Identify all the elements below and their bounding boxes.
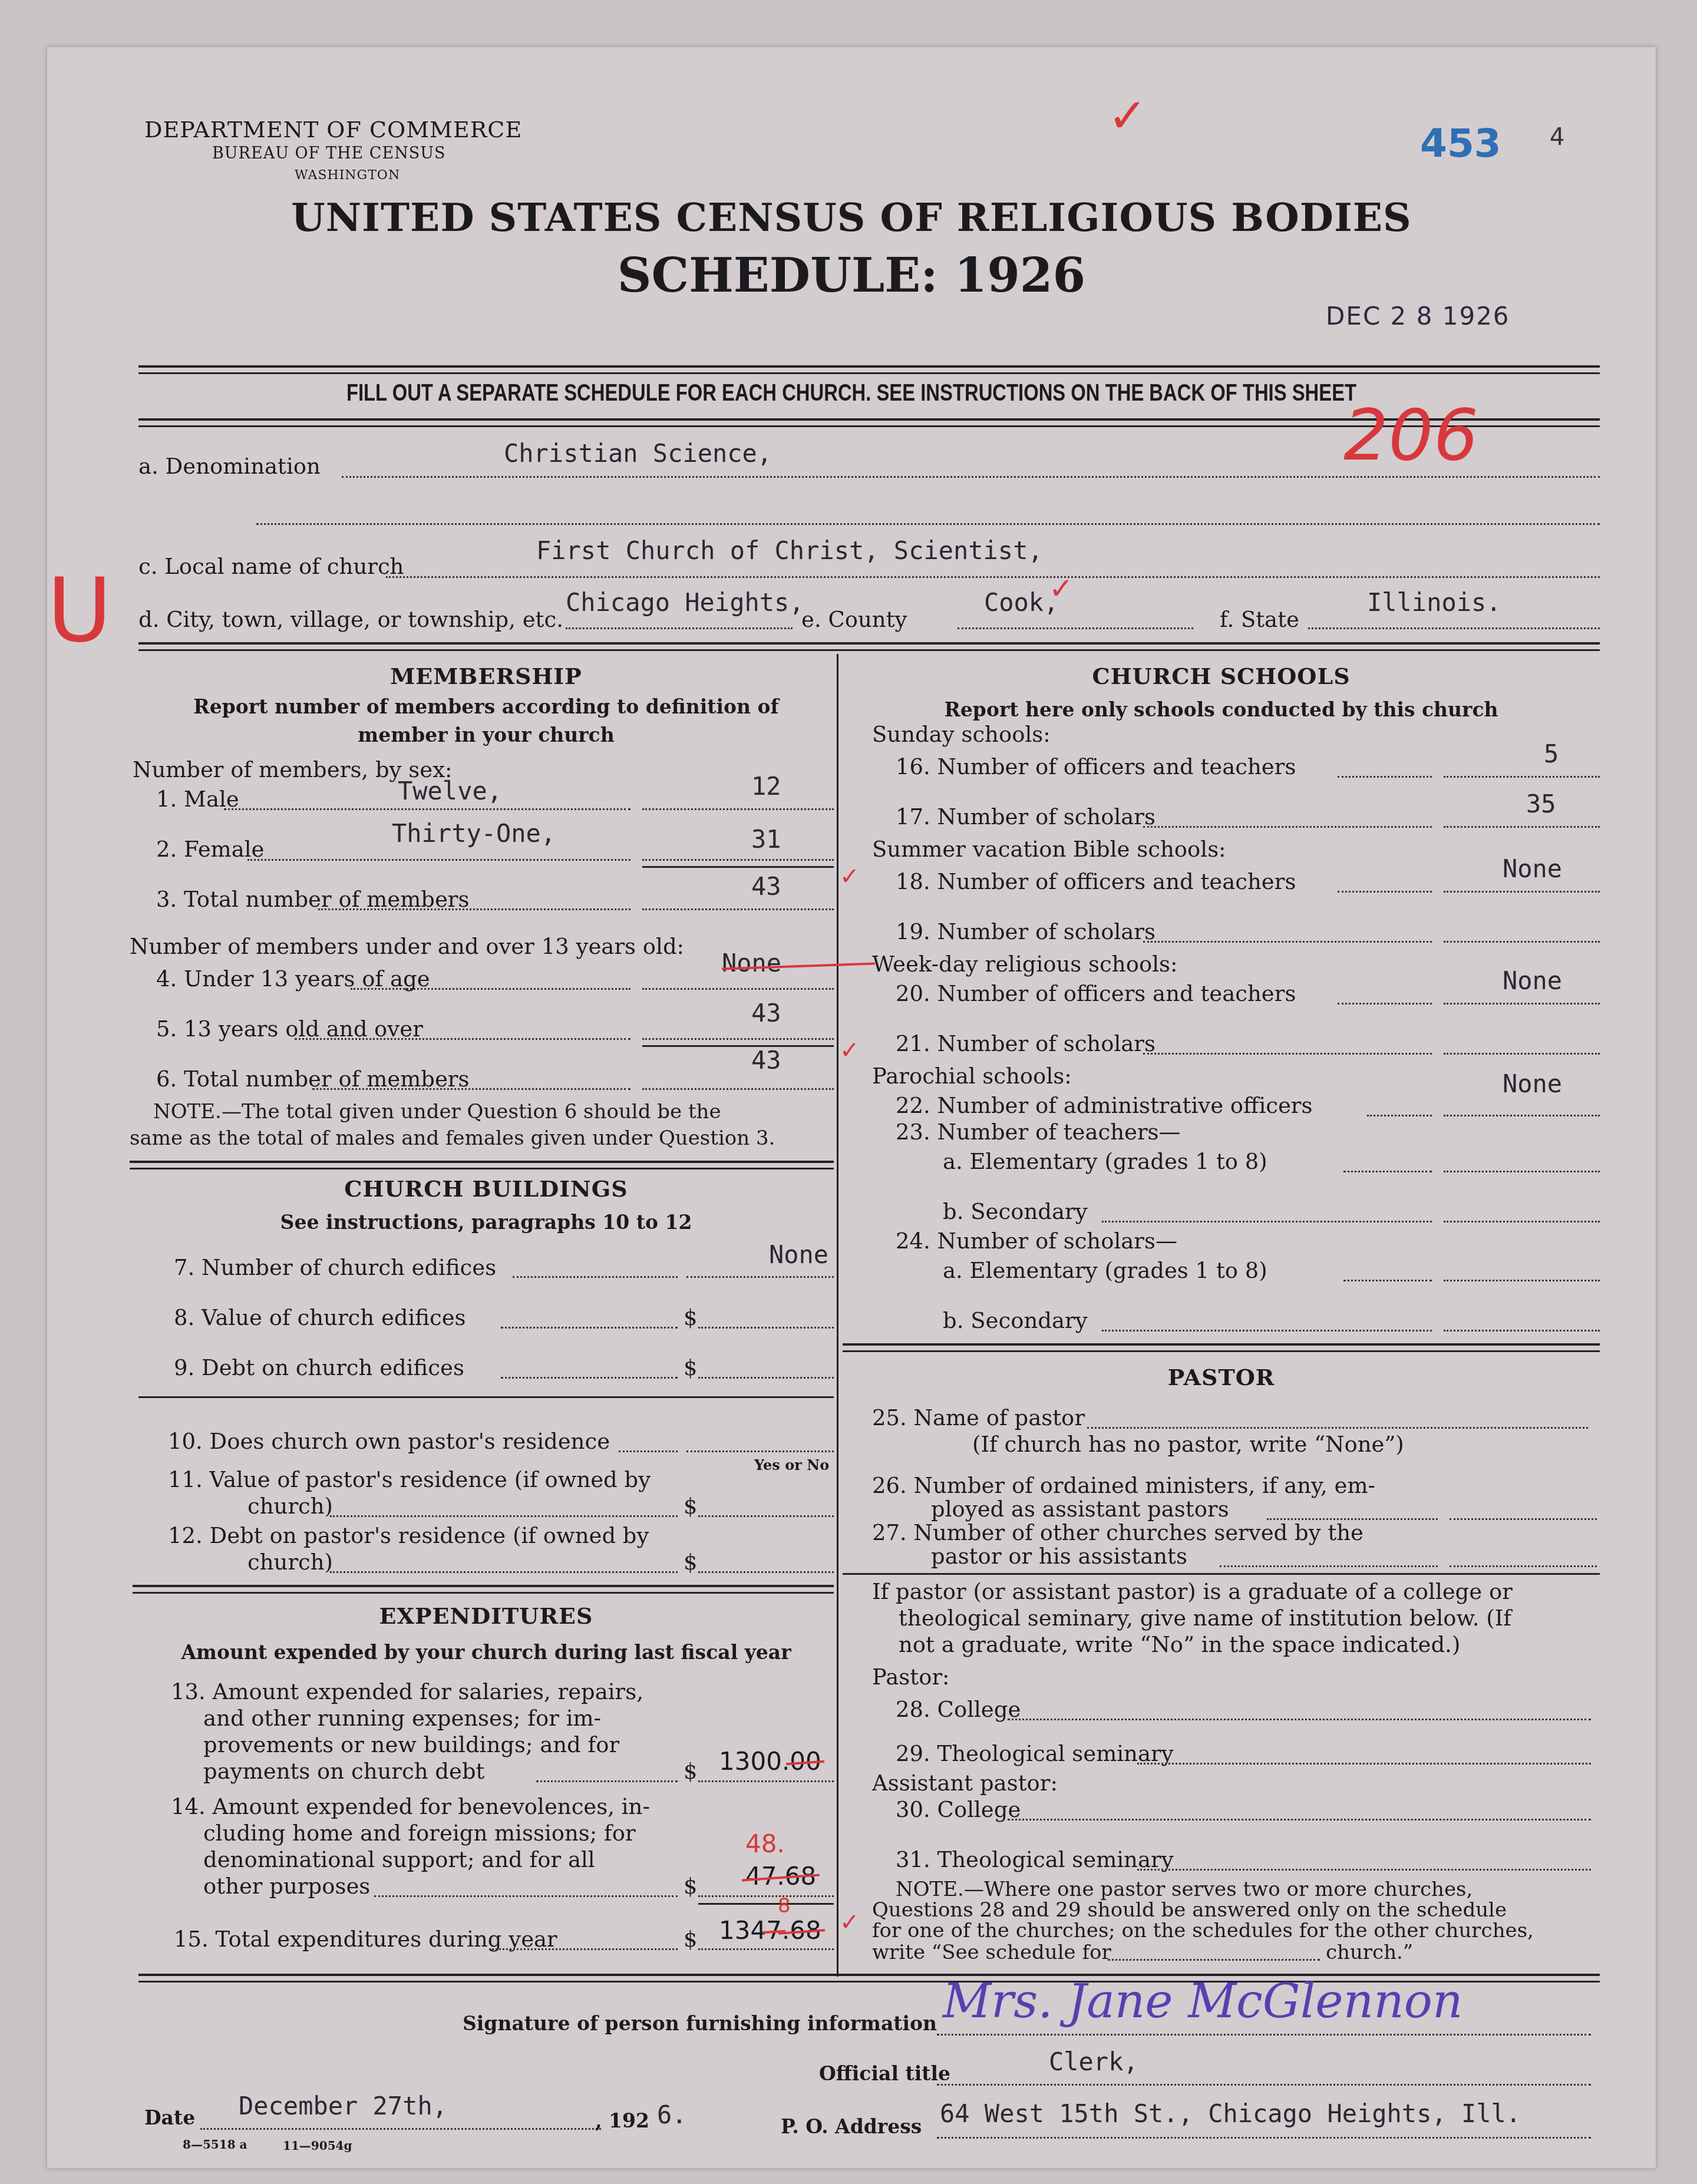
- q13-value-line: [698, 1780, 834, 1782]
- q12-label: 12. Debt on pastor's residence (if owned…: [168, 1523, 649, 1548]
- q12-line: [330, 1571, 678, 1573]
- q15-struck-cents: .68: [782, 1916, 821, 1945]
- q15-line: [489, 1948, 678, 1950]
- denomination-line-2: [256, 523, 1600, 525]
- pastor-subheading: Pastor:: [872, 1664, 950, 1690]
- sunday-schools-label: Sunday schools:: [872, 722, 1051, 747]
- q17-value-field[interactable]: 35: [1526, 789, 1556, 818]
- q20-line: [1338, 1003, 1432, 1005]
- instructions-banner: FILL OUT A SEPARATE SCHEDULE FOR EACH CH…: [192, 380, 1511, 407]
- q23-label: 23. Number of teachers—: [896, 1119, 1181, 1145]
- county-field[interactable]: Cook,: [984, 588, 1058, 617]
- q23b-line: [1102, 1221, 1432, 1222]
- q5-line: [295, 1038, 630, 1040]
- currency-sign: $: [684, 1549, 698, 1575]
- q7-line: [513, 1276, 678, 1278]
- q11-label-2: church): [247, 1494, 333, 1519]
- q18-label: 18. Number of officers and teachers: [896, 869, 1296, 894]
- q14-label-3: denominational support; and for all: [203, 1847, 595, 1872]
- q5-value-field[interactable]: 43: [751, 999, 781, 1027]
- pastor-heading: PASTOR: [843, 1364, 1600, 1390]
- q24a-label: a. Elementary (grades 1 to 8): [943, 1258, 1267, 1283]
- q16-label: 16. Number of officers and teachers: [896, 754, 1296, 779]
- q6-line: [312, 1088, 630, 1090]
- membership-instruction: Report number of members according to de…: [138, 695, 834, 718]
- q27-label-2: pastor or his assistants: [931, 1544, 1187, 1569]
- address-field[interactable]: 64 West 15th St., Chicago Heights, Ill.: [940, 2099, 1521, 2128]
- divider: [138, 365, 1600, 374]
- schools-heading: CHURCH SCHOOLS: [843, 663, 1600, 689]
- address-line: [937, 2137, 1591, 2139]
- q28-label: 28. College: [896, 1697, 1021, 1722]
- q5-value-line: [642, 1038, 834, 1040]
- yes-no-hint: Yes or No: [754, 1456, 829, 1473]
- currency-sign: $: [684, 1927, 698, 1952]
- sum-line: [642, 866, 834, 868]
- form-code: 8—5518 a: [183, 2137, 247, 2152]
- q3-line: [318, 908, 630, 910]
- buildings-heading: CHURCH BUILDINGS: [138, 1175, 834, 1202]
- q2-value-field[interactable]: 31: [751, 825, 781, 854]
- red-margin-letter: U: [47, 560, 112, 662]
- q31-value-field[interactable]: [1137, 1869, 1591, 1871]
- q15-digits: 134: [719, 1916, 766, 1945]
- q6-value-field[interactable]: 43: [751, 1046, 781, 1075]
- q23b-value-field[interactable]: [1444, 1221, 1600, 1222]
- q23b-label: b. Secondary: [943, 1199, 1088, 1224]
- divider: [138, 1396, 834, 1398]
- q16-value-line: [1444, 776, 1600, 778]
- currency-sign: $: [684, 1494, 698, 1519]
- q4-value-field[interactable]: None: [722, 949, 781, 977]
- schedule-year: SCHEDULE: 1926: [47, 247, 1656, 303]
- q15-correction-digit: 8: [778, 1894, 791, 1918]
- official-title-field[interactable]: Clerk,: [1049, 2047, 1138, 2076]
- q2-value-line: [642, 859, 834, 861]
- q21-label: 21. Number of scholars: [896, 1031, 1155, 1056]
- q8-label: 8. Value of church edifices: [174, 1305, 466, 1330]
- pastor-note-4-end: church.”: [1326, 1940, 1413, 1965]
- membership-note-2: same as the total of males and females g…: [130, 1125, 775, 1151]
- local-name-line: [386, 576, 1600, 578]
- year-field[interactable]: 6.: [657, 2100, 687, 2129]
- expenditures-instruction: Amount expended by your church during la…: [138, 1641, 834, 1664]
- q19-value-field[interactable]: [1444, 941, 1600, 943]
- q1-value-field[interactable]: 12: [751, 772, 781, 801]
- sum-line: [642, 1045, 834, 1047]
- sum-line: [698, 1903, 834, 1905]
- q24b-value-field[interactable]: [1444, 1330, 1600, 1331]
- received-date-stamp: DEC 2 8 1926: [1326, 302, 1510, 331]
- q7-value-line: [686, 1276, 834, 1278]
- q17-label: 17. Number of scholars: [896, 804, 1155, 830]
- q7-value-field[interactable]: None: [769, 1240, 828, 1269]
- red-file-number: 206: [1343, 395, 1478, 477]
- address-label: P. O. Address: [781, 2115, 922, 2138]
- q20-value-line: [1444, 1003, 1600, 1005]
- stamp-number: 453: [1420, 121, 1501, 166]
- q13-label-4: payments on church debt: [203, 1759, 484, 1784]
- q9-line: [501, 1377, 678, 1379]
- q8-line: [501, 1327, 678, 1329]
- q17-line: [1143, 826, 1432, 828]
- city-field[interactable]: Chicago Heights,: [566, 588, 804, 617]
- q22-label: 22. Number of administrative officers: [896, 1093, 1313, 1118]
- state-line: [1308, 627, 1600, 629]
- q13-struck-cents: 00: [790, 1747, 821, 1776]
- q13-label-3: provements or new buildings; and for: [203, 1732, 619, 1757]
- q13-label-2: and other running expenses; for im-: [203, 1706, 601, 1731]
- official-title-label: Official title: [819, 2062, 950, 2085]
- date-field[interactable]: December 27th,: [239, 2092, 447, 2120]
- q25-value-field[interactable]: [1087, 1427, 1588, 1429]
- q13-value-field[interactable]: 1300.00: [719, 1747, 821, 1776]
- official-title-line: [937, 2084, 1591, 2086]
- q12-value-field[interactable]: [698, 1571, 834, 1573]
- q2-label: 2. Female: [156, 837, 264, 862]
- q28-value-field[interactable]: [1008, 1719, 1591, 1720]
- q27-label: 27. Number of other churches served by t…: [872, 1520, 1363, 1545]
- divider: [138, 642, 1600, 651]
- q26-label-2: ployed as assistant pastors: [931, 1496, 1229, 1522]
- parochial-schools-label: Parochial schools:: [872, 1063, 1072, 1089]
- city-label: d. City, town, village, or township, etc…: [138, 607, 563, 632]
- q1-line: [224, 808, 630, 810]
- q20-label: 20. Number of officers and teachers: [896, 981, 1296, 1006]
- q13-dollars: 1300.: [719, 1747, 790, 1776]
- q27-line: [1220, 1565, 1438, 1567]
- q21-value-field[interactable]: [1444, 1053, 1600, 1055]
- q14-correction: 48.: [745, 1829, 785, 1858]
- column-divider: [837, 654, 838, 1977]
- q29-value-field[interactable]: [1137, 1763, 1591, 1765]
- q20-value-field[interactable]: None: [1503, 966, 1562, 995]
- q8-value-field[interactable]: [698, 1327, 834, 1329]
- signature-label: Signature of person furnishing informati…: [463, 2012, 937, 2035]
- q24a-value-field[interactable]: [1444, 1280, 1600, 1281]
- membership-note: NOTE.—The total given under Question 6 s…: [153, 1099, 721, 1125]
- q13-line: [536, 1780, 678, 1782]
- q1-words-field[interactable]: Twelve,: [398, 777, 502, 805]
- pastor-note-4: write “See schedule for: [872, 1940, 1111, 1965]
- age-label: Number of members under and over 13 year…: [130, 934, 684, 959]
- q11-label: 11. Value of pastor's residence (if owne…: [168, 1467, 651, 1492]
- q30-value-field[interactable]: [1008, 1819, 1591, 1820]
- q29-label: 29. Theological seminary: [896, 1741, 1174, 1766]
- q11-value-field[interactable]: [698, 1515, 834, 1517]
- signature-field[interactable]: Mrs. Jane McGlennon: [943, 1974, 1462, 2028]
- census-schedule-sheet: DEPARTMENT OF COMMERCE BUREAU OF THE CEN…: [47, 47, 1656, 2168]
- q23a-line: [1343, 1171, 1432, 1172]
- q15-struck-digit: 7: [766, 1916, 782, 1945]
- q14-label: 14. Amount expended for benevolences, in…: [171, 1794, 650, 1819]
- q24b-label: b. Secondary: [943, 1308, 1088, 1333]
- q15-value-field[interactable]: 1347.68: [719, 1916, 821, 1945]
- q19-line: [1143, 941, 1432, 943]
- q1-value-line: [642, 808, 834, 810]
- summer-schools-label: Summer vacation Bible schools:: [872, 837, 1226, 862]
- q7-label: 7. Number of church edifices: [174, 1255, 496, 1280]
- date-label: Date: [144, 2106, 195, 2129]
- county-label: e. County: [801, 607, 907, 632]
- q12-label-2: church): [247, 1549, 333, 1575]
- q14-label-2: cluding home and foreign missions; for: [203, 1820, 636, 1846]
- q22-value-line: [1444, 1115, 1600, 1116]
- bureau-city: WASHINGTON: [295, 168, 400, 183]
- see-schedule-field[interactable]: [1108, 1959, 1320, 1961]
- graduate-instruction-3: not a graduate, write “No” in the space …: [899, 1632, 1460, 1657]
- year-prefix: , 192: [595, 2109, 649, 2132]
- q26-value-field[interactable]: [1450, 1518, 1597, 1520]
- denomination-label: a. Denomination: [138, 454, 321, 479]
- q11-line: [330, 1515, 678, 1517]
- divider: [843, 1573, 1600, 1575]
- q2-line: [247, 859, 630, 861]
- q4-line: [351, 988, 630, 990]
- check-mark-icon: ✓: [840, 863, 860, 890]
- page-title: UNITED STATES CENSUS OF RELIGIOUS BODIES: [47, 194, 1656, 240]
- local-name-field[interactable]: First Church of Christ, Scientist,: [536, 536, 1043, 565]
- q19-label: 19. Number of scholars: [896, 919, 1155, 944]
- currency-sign: $: [684, 1305, 698, 1330]
- q10-line: [619, 1451, 678, 1452]
- q22-line: [1367, 1115, 1432, 1116]
- q13-label: 13. Amount expended for salaries, repair…: [171, 1679, 643, 1704]
- q16-line: [1338, 776, 1432, 778]
- q14-value-line: [698, 1895, 834, 1897]
- q23a-value-field[interactable]: [1444, 1171, 1600, 1172]
- currency-sign: $: [684, 1874, 698, 1899]
- signature-line: [937, 2034, 1591, 2036]
- q4-value-line: [642, 988, 834, 990]
- q25-hint: (If church has no pastor, write “None”): [972, 1432, 1404, 1457]
- q14-line: [374, 1895, 678, 1897]
- check-mark-icon: ✓: [1108, 88, 1147, 143]
- currency-sign: $: [684, 1759, 698, 1784]
- q25-label: 25. Name of pastor: [872, 1405, 1085, 1430]
- q24b-line: [1102, 1330, 1432, 1331]
- q10-label: 10. Does church own pastor's residence: [168, 1429, 610, 1454]
- q9-label: 9. Debt on church edifices: [174, 1355, 464, 1380]
- q3-value-field[interactable]: 43: [751, 872, 781, 901]
- q2-words-field[interactable]: Thirty-One,: [392, 819, 556, 848]
- divider: [130, 1161, 834, 1169]
- q24a-line: [1343, 1280, 1432, 1281]
- state-field[interactable]: Illinois.: [1367, 588, 1501, 617]
- q14-label-4: other purposes: [203, 1874, 370, 1899]
- q31-label: 31. Theological seminary: [896, 1847, 1174, 1872]
- q3-value-line: [642, 908, 834, 910]
- q6-value-line: [642, 1088, 834, 1090]
- graduate-instruction: If pastor (or assistant pastor) is a gra…: [872, 1579, 1513, 1604]
- q14-value-field[interactable]: 47.68: [745, 1862, 816, 1891]
- q24-label: 24. Number of scholars—: [896, 1228, 1177, 1254]
- county-line: [958, 627, 1193, 629]
- q18-value-field[interactable]: None: [1503, 854, 1562, 883]
- divider: [843, 1343, 1600, 1352]
- denomination-line: [342, 476, 1600, 478]
- check-mark-icon: ✓: [1049, 571, 1074, 606]
- q23a-label: a. Elementary (grades 1 to 8): [943, 1149, 1267, 1174]
- q16-value-field[interactable]: 5: [1544, 739, 1559, 768]
- q22-value-field[interactable]: None: [1503, 1069, 1562, 1098]
- schools-instruction: Report here only schools conducted by th…: [843, 698, 1600, 721]
- q10-value-field[interactable]: [686, 1451, 834, 1452]
- department-name: DEPARTMENT OF COMMERCE: [144, 117, 522, 143]
- denomination-field[interactable]: Christian Science,: [504, 439, 772, 468]
- check-mark-icon: ✓: [840, 1909, 860, 1936]
- q17-value-line: [1444, 826, 1600, 828]
- q27-value-field[interactable]: [1450, 1565, 1597, 1567]
- local-name-label: c. Local name of church: [138, 554, 404, 579]
- date-line: [200, 2128, 601, 2130]
- divider: [133, 1585, 834, 1594]
- q14-struck-value: 47.68: [745, 1862, 816, 1891]
- check-mark-icon: ✓: [840, 1037, 860, 1064]
- assistant-pastor-subheading: Assistant pastor:: [872, 1770, 1058, 1796]
- state-label: f. State: [1220, 607, 1299, 632]
- expenditures-heading: EXPENDITURES: [138, 1603, 834, 1629]
- q18-value-line: [1444, 891, 1600, 893]
- buildings-instruction: See instructions, paragraphs 10 to 12: [138, 1211, 834, 1234]
- city-line: [566, 627, 793, 629]
- bureau-name: BUREAU OF THE CENSUS: [212, 144, 446, 163]
- graduate-instruction-2: theological seminary, give name of insti…: [899, 1605, 1511, 1631]
- q15-value-line: [698, 1948, 834, 1950]
- weekday-schools-label: Week-day religious schools:: [872, 951, 1178, 977]
- margin-mark: 4: [1550, 124, 1564, 151]
- q9-value-field[interactable]: [698, 1377, 834, 1379]
- q21-line: [1143, 1053, 1432, 1055]
- currency-sign: $: [684, 1355, 698, 1380]
- q30-label: 30. College: [896, 1797, 1021, 1822]
- q18-line: [1338, 891, 1432, 893]
- print-code: 11—9054g: [283, 2139, 352, 2153]
- membership-instruction-2: member in your church: [138, 723, 834, 746]
- membership-heading: MEMBERSHIP: [138, 663, 834, 689]
- q26-label: 26. Number of ordained ministers, if any…: [872, 1473, 1375, 1498]
